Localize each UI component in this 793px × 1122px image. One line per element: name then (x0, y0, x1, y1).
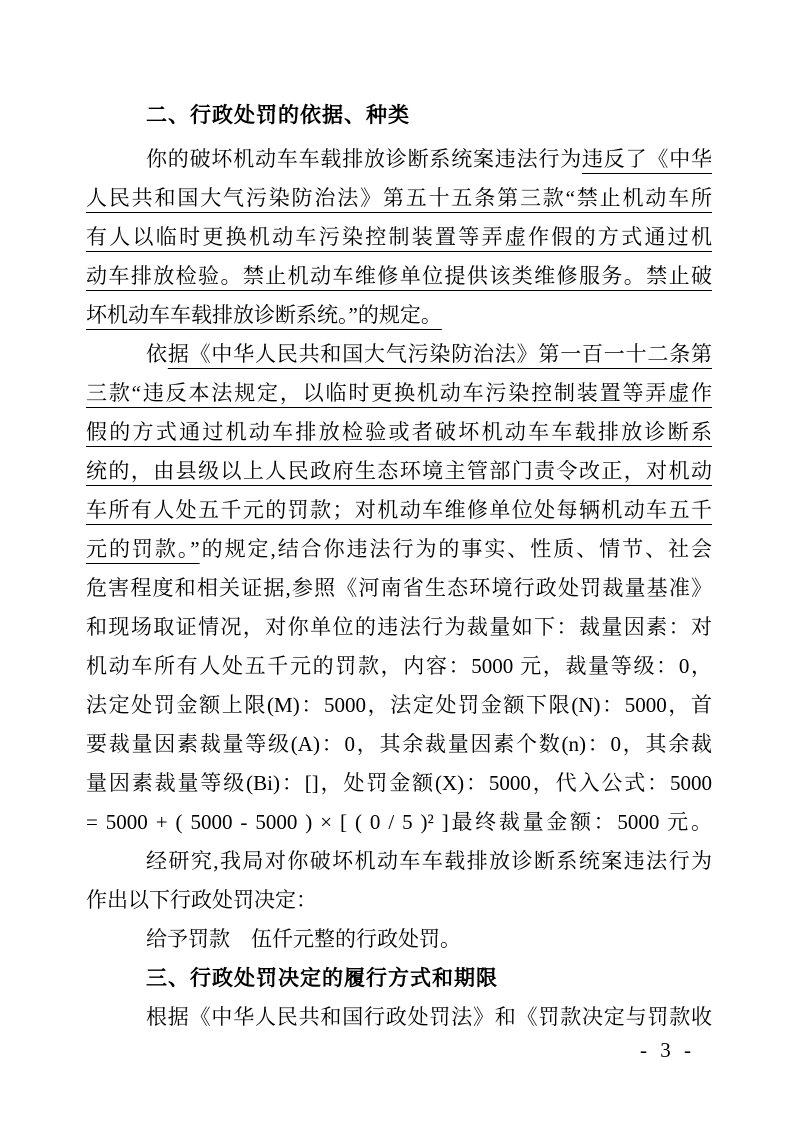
underlined-text-run: 三款“违反本法规定，以临时更换机动车污染控制装置等弄虚作 (86, 381, 712, 405)
text-run: 和现场取证情况，对你单位的违法行为裁量如下：裁量因素：对 (86, 615, 712, 639)
text-line: 给予罚款 伍仟元整的行政处罚。 (86, 920, 712, 959)
underlined-text-run: 元的罚款。” (86, 537, 200, 561)
text-run: 根据《中华人民共和国行政处罚法》和《罚款决定与罚款收 (146, 1005, 712, 1029)
document-page: 二、行政处罚的依据、种类你的破坏机动车车载排放诊断系统案违法行为违反了《中华人民… (0, 0, 793, 1122)
text-run: 依 (146, 342, 168, 366)
text-line: 动车排放检验。禁止机动车维修单位提供该类维修服务。禁止破 (86, 257, 712, 296)
text-line: 车所有人处五千元的罚款；对机动车维修单位处每辆机动车五千 (86, 491, 712, 530)
text-line: 机动车所有人处五千元的罚款，内容：5000 元，裁量等级：0， (86, 647, 712, 686)
text-run: 三、行政处罚决定的履行方式和期限 (146, 967, 498, 990)
underlined-text-run: 假的方式通过机动车排放检验或者破坏机动车车载排放诊断系 (86, 420, 712, 444)
text-line: 坏机动车车载排放诊断系统。”的规定。 (86, 296, 712, 335)
text-line: = 5000 + ( 5000 - 5000 ) × [ ( 0 / 5 )² … (86, 803, 712, 842)
text-line: 和现场取证情况，对你单位的违法行为裁量如下：裁量因素：对 (86, 608, 712, 647)
text-line: 依据《中华人民共和国大气污染防治法》第一百一十二条第 (86, 335, 712, 374)
text-run: 量因素裁量等级(Bi)：[]，处罚金额(X)：5000，代入公式：5000 (86, 771, 712, 795)
text-run: = 5000 + ( 5000 - 5000 ) × [ ( 0 / 5 )² … (86, 810, 712, 834)
text-run: 危害程度和相关证据,参照《河南省生态环境行政处罚裁量基准》 (86, 576, 712, 600)
text-run: 经研究,我局对你破坏机动车车载排放诊断系统案违法行为 (146, 849, 712, 873)
underlined-text-run: 坏机动车车载排放诊断系统。”的规定。 (86, 303, 442, 327)
text-run: 二、行政处罚的依据、种类 (146, 104, 410, 127)
text-line: 你的破坏机动车车载排放诊断系统案违法行为违反了《中华 (86, 140, 712, 179)
text-run: 你的破坏机动车车载排放诊断系统案违法行为 (146, 147, 582, 171)
text-line: 根据《中华人民共和国行政处罚法》和《罚款决定与罚款收 (86, 998, 712, 1037)
section-heading: 二、行政处罚的依据、种类 (86, 96, 712, 135)
underlined-text-run: 车所有人处五千元的罚款；对机动车维修单位处每辆机动车五千 (86, 498, 712, 522)
text-run: 给予罚款 伍仟元整的行政处罚。 (146, 927, 461, 951)
text-line: 三款“违反本法规定，以临时更换机动车污染控制装置等弄虚作 (86, 374, 712, 413)
text-line: 经研究,我局对你破坏机动车车载排放诊断系统案违法行为 (86, 842, 712, 881)
text-run: 要裁量因素裁量等级(A)：0，其余裁量因素个数(n)：0，其余裁 (86, 732, 712, 756)
text-line: 统的，由县级以上人民政府生态环境主管部门责令改正，对机动 (86, 452, 712, 491)
text-line: 有人以临时更换机动车污染控制装置等弄虚作假的方式通过机 (86, 218, 712, 257)
underlined-text-run: 统的，由县级以上人民政府生态环境主管部门责令改正，对机动 (86, 459, 712, 483)
underlined-text-run: 人民共和国大气污染防治法》第五十五条第三款“禁止机动车所 (86, 186, 712, 210)
text-run: 机动车所有人处五千元的罚款，内容：5000 元，裁量等级：0， (86, 654, 712, 678)
text-run: 的规定,结合你违法行为的事实、性质、情节、社会 (200, 537, 712, 561)
underlined-text-run: 有人以临时更换机动车污染控制装置等弄虚作假的方式通过机 (86, 225, 712, 249)
text-line: 法定处罚金额上限(M)：5000，法定处罚金额下限(N)：5000，首 (86, 686, 712, 725)
underlined-text-run: 违反了《中华 (582, 147, 712, 171)
document-body: 二、行政处罚的依据、种类你的破坏机动车车载排放诊断系统案违法行为违反了《中华人民… (86, 96, 712, 1037)
page-number: - 3 - (640, 1036, 695, 1064)
underlined-text-run: 据《中华人民共和国大气污染防治法》第一百一十二条第 (168, 342, 712, 366)
text-line: 元的罚款。”的规定,结合你违法行为的事实、性质、情节、社会 (86, 530, 712, 569)
section-heading: 三、行政处罚决定的履行方式和期限 (86, 959, 712, 998)
text-line: 人民共和国大气污染防治法》第五十五条第三款“禁止机动车所 (86, 179, 712, 218)
text-line: 量因素裁量等级(Bi)：[]，处罚金额(X)：5000，代入公式：5000 (86, 764, 712, 803)
text-line: 假的方式通过机动车排放检验或者破坏机动车车载排放诊断系 (86, 413, 712, 452)
underlined-text-run: 动车排放检验。禁止机动车维修单位提供该类维修服务。禁止破 (86, 264, 712, 288)
text-line: 要裁量因素裁量等级(A)：0，其余裁量因素个数(n)：0，其余裁 (86, 725, 712, 764)
text-run: 作出以下行政处罚决定： (86, 888, 317, 912)
text-line: 危害程度和相关证据,参照《河南省生态环境行政处罚裁量基准》 (86, 569, 712, 608)
text-line: 作出以下行政处罚决定： (86, 881, 712, 920)
text-run: 法定处罚金额上限(M)：5000，法定处罚金额下限(N)：5000，首 (86, 693, 712, 717)
